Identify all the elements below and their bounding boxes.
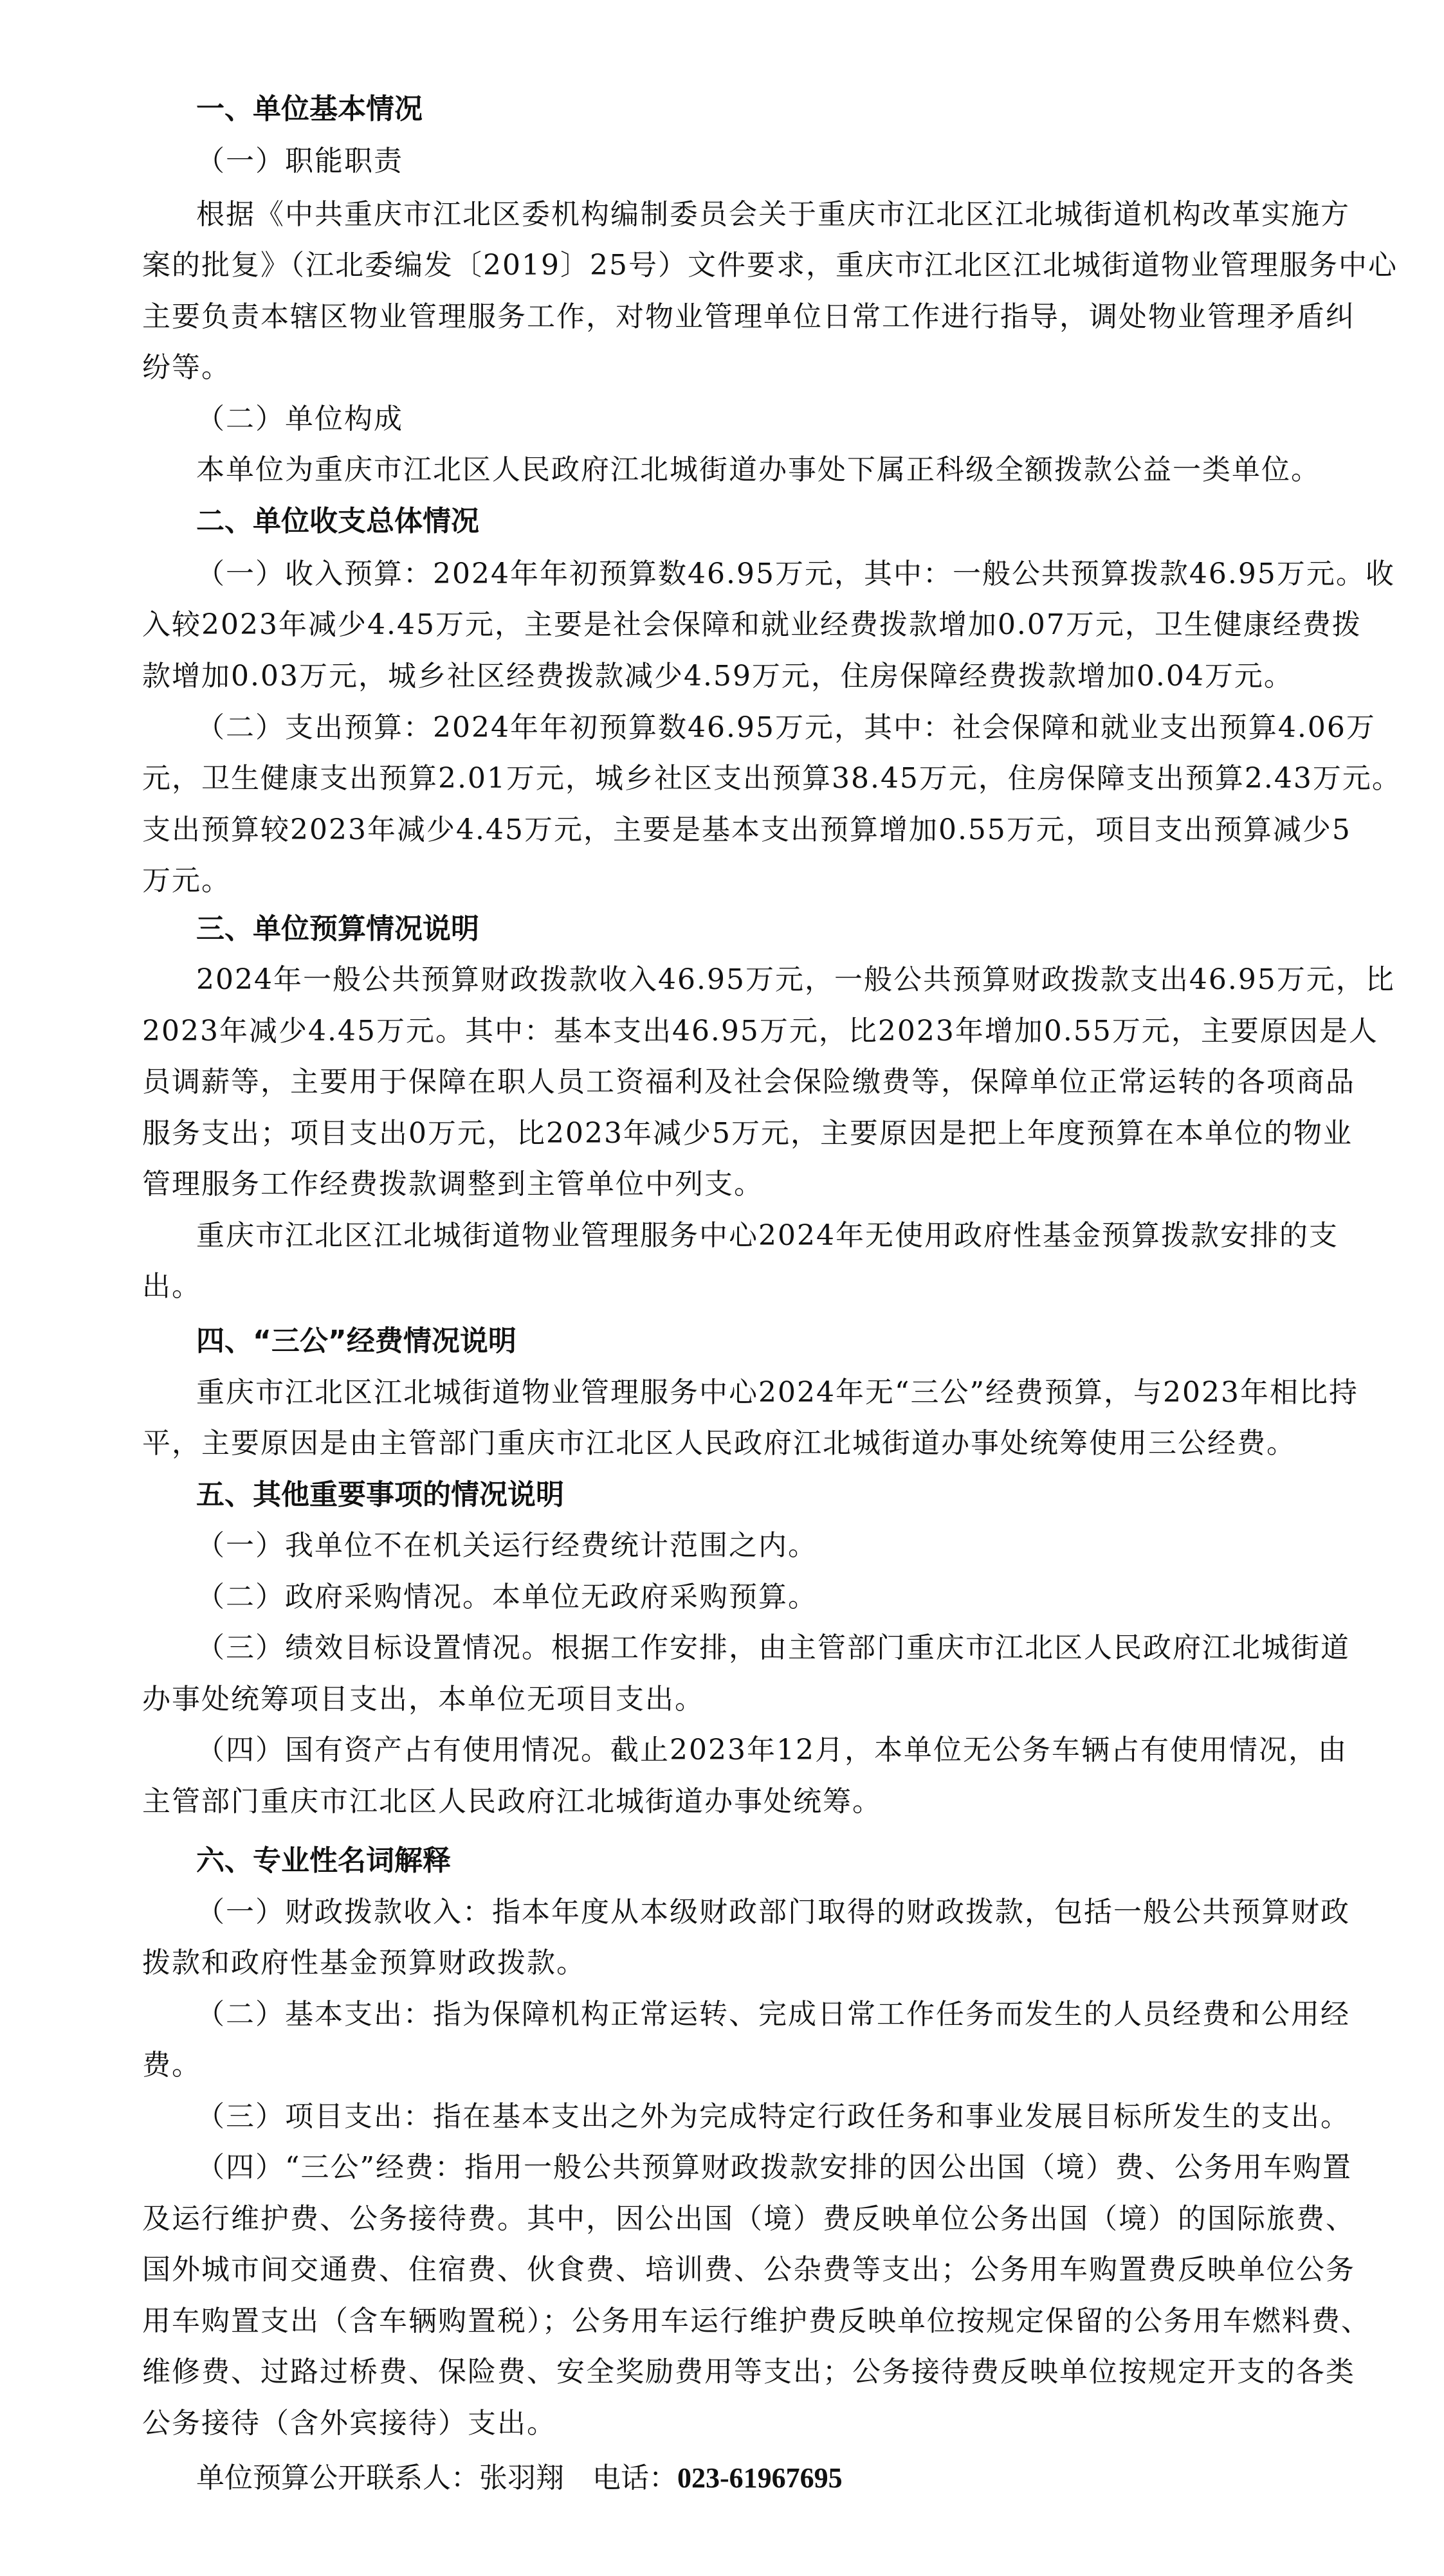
paragraph-line: 国外城市间交通费、住宿费、伙食费、培训费、公杂费等支出；公务用车购置费反映单位公… (142, 2244, 1304, 2296)
paragraph-line: 案的批复》（江北委编发〔2019〕25号）文件要求，重庆市江北区江北城街道物业管… (142, 240, 1304, 291)
paragraph-line: 维修费、过路过桥费、保险费、安全奖励费用等支出；公务接待费反映单位按规定开支的各… (142, 2346, 1304, 2398)
paragraph-line: 纷等。 (142, 342, 1304, 394)
paragraph-line: （二）基本支出：指为保障机构正常运转、完成日常工作任务而发生的人员经费和公用经 (196, 1989, 1304, 2040)
section-heading-3: 三、单位预算情况说明 (196, 903, 479, 955)
paragraph-line: （一）收入预算：2024年年初预算数46.95万元，其中：一般公共预算拨款46.… (196, 549, 1304, 600)
paragraph-line: 平，主要原因是由主管部门重庆市江北区人民政府江北城街道办事处统筹使用三公经费。 (142, 1418, 1304, 1469)
paragraph-line: 服务支出；项目支出0万元，比2023年减少5万元，主要原因是把上年度预算在本单位… (142, 1108, 1304, 1159)
paragraph-line: 用车购置支出（含车辆购置税）；公务用车运行维护费反映单位按规定保留的公务用车燃料… (142, 2296, 1304, 2347)
paragraph-line: （三）项目支出：指在基本支出之外为完成特定行政任务和事业发展目标所发生的支出。 (196, 2091, 1350, 2143)
paragraph-line: 2024年一般公共预算财政拨款收入46.95万元，一般公共预算财政拨款支出46.… (196, 954, 1304, 1006)
paragraph-line: 2023年减少4.45万元。其中：基本支出46.95万元，比2023年增加0.5… (142, 1006, 1304, 1057)
section-heading-6: 六、专业性名词解释 (196, 1835, 451, 1887)
section-heading-4: 四、“三公”经费情况说明 (196, 1316, 516, 1367)
paragraph-line: 员调薪等，主要用于保障在职人员工资福利及社会保险缴费等，保障单位正常运转的各项商… (142, 1057, 1304, 1108)
paragraph-line: 出。 (142, 1261, 1304, 1312)
paragraph-line: 管理服务工作经费拨款调整到主管单位中列支。 (142, 1159, 1304, 1210)
paragraph-line: 主管部门重庆市江北区人民政府江北城街道办事处统筹。 (142, 1776, 1304, 1828)
paragraph-line: 根据《中共重庆市江北区委机构编制委员会关于重庆市江北区江北城街道机构改革实施方 (196, 189, 1304, 240)
contact-phone: 023-61967695 (677, 2462, 843, 2494)
paragraph-line: （四）“三公”经费：指用一般公共预算财政拨款安排的因公出国（境）费、公务用车购置 (196, 2142, 1304, 2193)
paragraph-line: 重庆市江北区江北城街道物业管理服务中心2024年无使用政府性基金预算拨款安排的支 (196, 1210, 1304, 1262)
paragraph-line: （四）国有资产占有使用情况。截止2023年12月，本单位无公务车辆占有使用情况，… (196, 1725, 1304, 1776)
paragraph-line: 入较2023年减少4.45万元，主要是社会保障和就业经费拨款增加0.07万元，卫… (142, 599, 1304, 651)
paragraph-line: 主要负责本辖区物业管理服务工作，对物业管理单位日常工作进行指导，调处物业管理矛盾… (142, 291, 1304, 343)
paragraph-line: 本单位为重庆市江北区人民政府江北城街道办事处下属正科级全额拨款公益一类单位。 (196, 444, 1321, 496)
paragraph-line: 公务接待（含外宾接待）支出。 (142, 2398, 1304, 2449)
section-heading-2: 二、单位收支总体情况 (196, 496, 479, 547)
paragraph-line: 万元。 (142, 855, 1304, 907)
subsection-title-duties: （一）职能职责 (196, 136, 403, 187)
paragraph-line: （一）财政拨款收入：指本年度从本级财政部门取得的财政拨款，包括一般公共预算财政 (196, 1887, 1304, 1938)
paragraph-line: 重庆市江北区江北城街道物业管理服务中心2024年无“三公”经费预算，与2023年… (196, 1367, 1304, 1419)
paragraph-line: （三）绩效目标设置情况。根据工作安排，由主管部门重庆市江北区人民政府江北城街道 (196, 1622, 1304, 1674)
paragraph-line: 及运行维护费、公务接待费。其中，因公出国（境）费反映单位公务出国（境）的国际旅费… (142, 2193, 1304, 2245)
subsection-title-composition: （二）单位构成 (196, 394, 403, 445)
paragraph-line: （二）支出预算：2024年年初预算数46.95万元，其中：社会保障和就业支出预算… (196, 702, 1304, 754)
paragraph-line: （二）政府采购情况。本单位无政府采购预算。 (196, 1572, 818, 1623)
paragraph-line: 元，卫生健康支出预算2.01万元，城乡社区支出预算38.45万元，住房保障支出预… (142, 753, 1304, 804)
paragraph-line: （一）我单位不在机关运行经费统计范围之内。 (196, 1520, 818, 1572)
paragraph-line: 拨款和政府性基金预算财政拨款。 (142, 1937, 1304, 1989)
paragraph-line: 办事处统筹项目支出，本单位无项目支出。 (142, 1674, 1304, 1725)
section-heading-1: 一、单位基本情况 (196, 84, 423, 135)
paragraph-line: 费。 (142, 2040, 1304, 2091)
contact-label: 单位预算公开联系人：张羽翔 电话： (196, 2462, 677, 2494)
contact-footer: 单位预算公开联系人：张羽翔 电话：023-61967695 (196, 2453, 843, 2504)
paragraph-line: 款增加0.03万元，城乡社区经费拨款减少4.59万元，住房保障经费拨款增加0.0… (142, 651, 1304, 702)
section-heading-5: 五、其他重要事项的情况说明 (196, 1469, 564, 1521)
paragraph-line: 支出预算较2023年减少4.45万元，主要是基本支出预算增加0.55万元，项目支… (142, 804, 1304, 856)
